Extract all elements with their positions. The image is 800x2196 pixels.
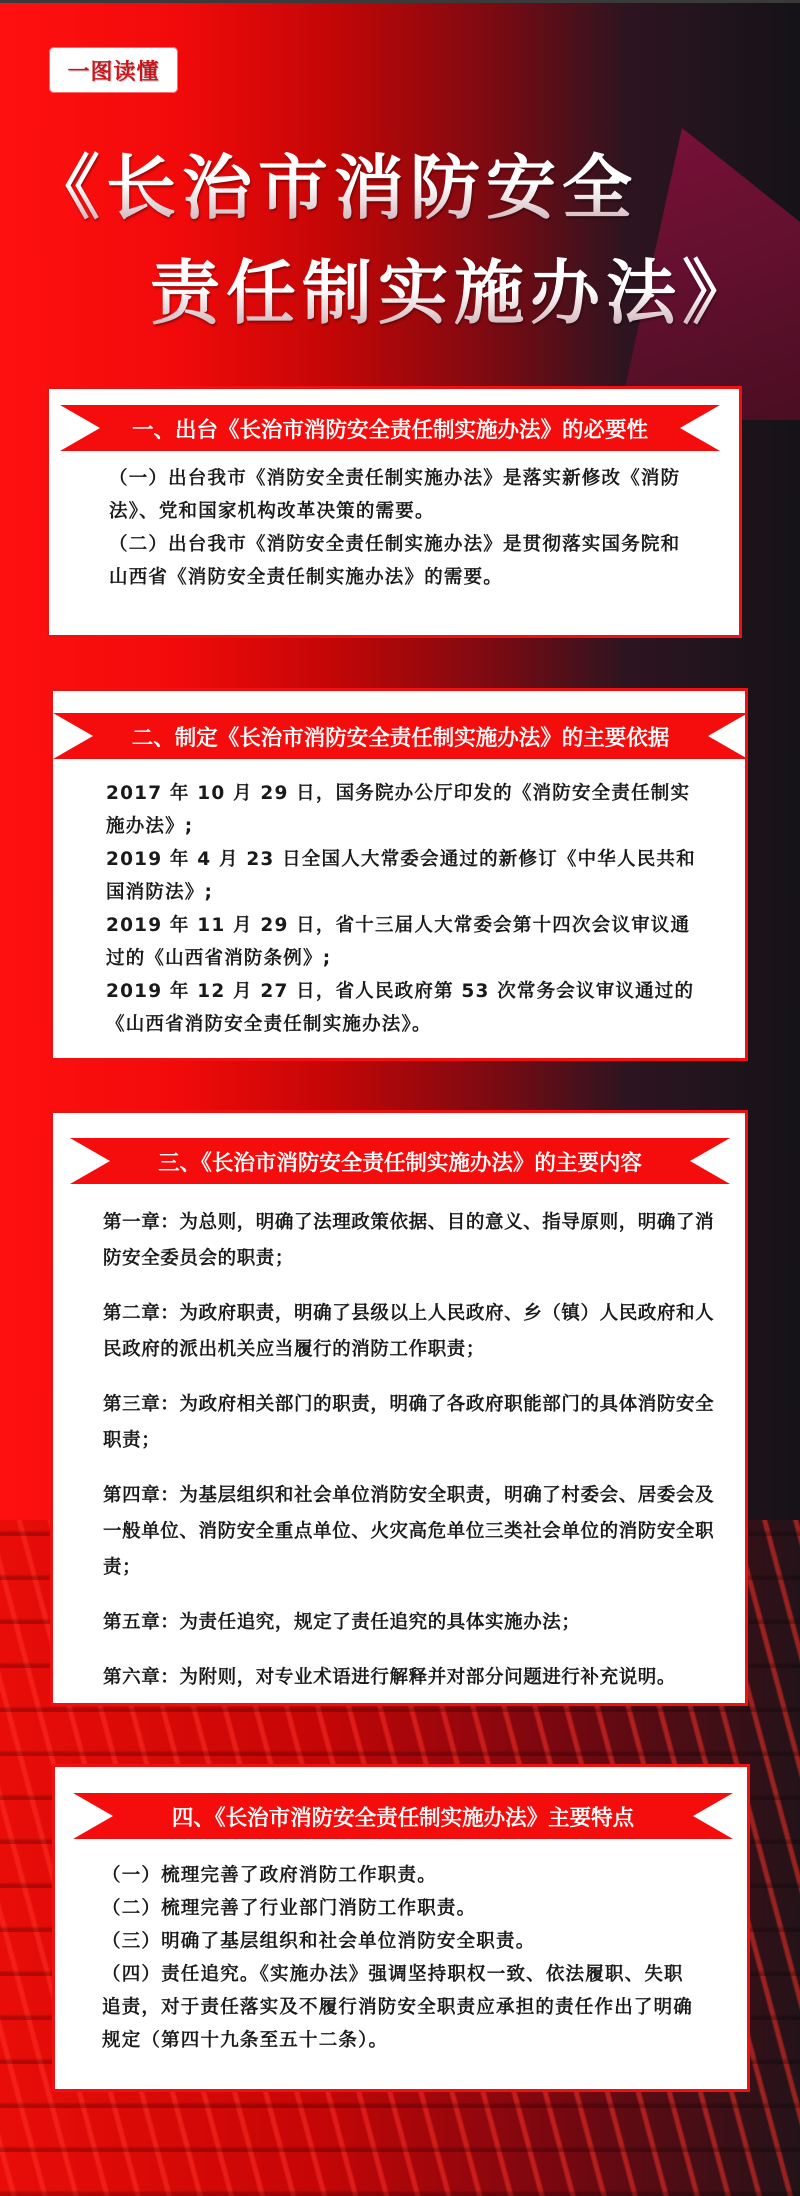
chapter-item: 第二章：为政府职责，明确了县级以上人民政府、乡（镇）人民政府和人民政府的派出机关… — [103, 1296, 715, 1368]
section-heading: 二、制定《长治市消防安全责任制实施办法》的主要依据 — [132, 721, 670, 752]
section-heading: 一、出台《长治市消防安全责任制实施办法》的必要性 — [132, 413, 648, 444]
section-heading: 四、《长治市消防安全责任制实施办法》主要特点 — [172, 1801, 634, 1832]
chapter-item: 第一章：为总则，明确了法理政策依据、目的意义、指导原则，明确了消防安全委员会的职… — [103, 1205, 715, 1277]
section-body: 第一章：为总则，明确了法理政策依据、目的意义、指导原则，明确了消防安全委员会的职… — [103, 1205, 715, 1715]
paragraph: 2017 年 10 月 29 日，国务院办公厅印发的《消防安全责任制实施办法》; — [106, 777, 696, 843]
chapter-item: 第三章：为政府相关部门的职责，明确了各政府职能部门的具体消防安全职责； — [103, 1387, 715, 1459]
section-body: （一）出台我市《消防安全责任制实施办法》是落实新修改《消防法》、党和国家机构改革… — [109, 462, 689, 594]
section-body: （一）梳理完善了政府消防工作职责。 （二）梳理完善了行业部门消防工作职责。 （三… — [102, 1859, 702, 2057]
section-card-main-content: 三、《长治市消防安全责任制实施办法》的主要内容 第一章：为总则，明确了法理政策依… — [50, 1110, 748, 1706]
paragraph: （二）梳理完善了行业部门消防工作职责。 — [102, 1892, 702, 1925]
section-card-basis: 二、制定《长治市消防安全责任制实施办法》的主要依据 2017 年 10 月 29… — [50, 688, 748, 1061]
paragraph: （一）梳理完善了政府消防工作职责。 — [102, 1859, 702, 1892]
top-border-line — [0, 0, 800, 3]
section-heading: 三、《长治市消防安全责任制实施办法》的主要内容 — [158, 1146, 642, 1177]
section-banner-4: 四、《长治市消防安全责任制实施办法》主要特点 — [73, 1793, 733, 1839]
paragraph: （四）责任追究。《实施办法》强调坚持职权一致、依法履职、失职追责，对于责任落实及… — [102, 1958, 702, 2057]
chapter-item: 第六章：为附则，对专业术语进行解释并对部分问题进行补充说明。 — [103, 1660, 715, 1696]
paragraph: （二）出台我市《消防安全责任制实施办法》是贯彻落实国务院和山西省《消防安全责任制… — [109, 528, 689, 594]
section-banner-3: 三、《长治市消防安全责任制实施办法》的主要内容 — [70, 1138, 730, 1184]
chapter-item: 第五章：为责任追究，规定了责任追究的具体实施办法； — [103, 1605, 715, 1641]
section-banner-2: 二、制定《长治市消防安全责任制实施办法》的主要依据 — [53, 713, 748, 759]
paragraph: （一）出台我市《消防安全责任制实施办法》是落实新修改《消防法》、党和国家机构改革… — [109, 462, 689, 528]
page-title-line-1: 《长治市消防安全 — [30, 148, 638, 228]
section-body: 2017 年 10 月 29 日，国务院办公厅印发的《消防安全责任制实施办法》;… — [106, 777, 696, 1041]
read-at-a-glance-badge: 一图读懂 — [49, 47, 178, 93]
paragraph: 2019 年 11 月 29 日，省十三届人大常委会第十四次会议审议通过的《山西… — [106, 909, 696, 975]
page-title-line-2: 责任制实施办法》 — [150, 253, 758, 333]
paragraph: 2019 年 12 月 27 日，省人民政府第 53 次常务会议审议通过的《山西… — [106, 975, 696, 1041]
section-card-key-features: 四、《长治市消防安全责任制实施办法》主要特点 （一）梳理完善了政府消防工作职责。… — [52, 1764, 750, 2092]
paragraph: 2019 年 4 月 23 日全国人大常委会通过的新修订《中华人民共和国消防法》… — [106, 843, 696, 909]
section-banner-1: 一、出台《长治市消防安全责任制实施办法》的必要性 — [60, 405, 720, 451]
chapter-item: 第四章：为基层组织和社会单位消防安全职责，明确了村委会、居委会及一般单位、消防安… — [103, 1478, 715, 1586]
paragraph: （三）明确了基层组织和社会单位消防安全职责。 — [102, 1925, 702, 1958]
section-card-necessity: 一、出台《长治市消防安全责任制实施办法》的必要性 （一）出台我市《消防安全责任制… — [46, 386, 742, 638]
